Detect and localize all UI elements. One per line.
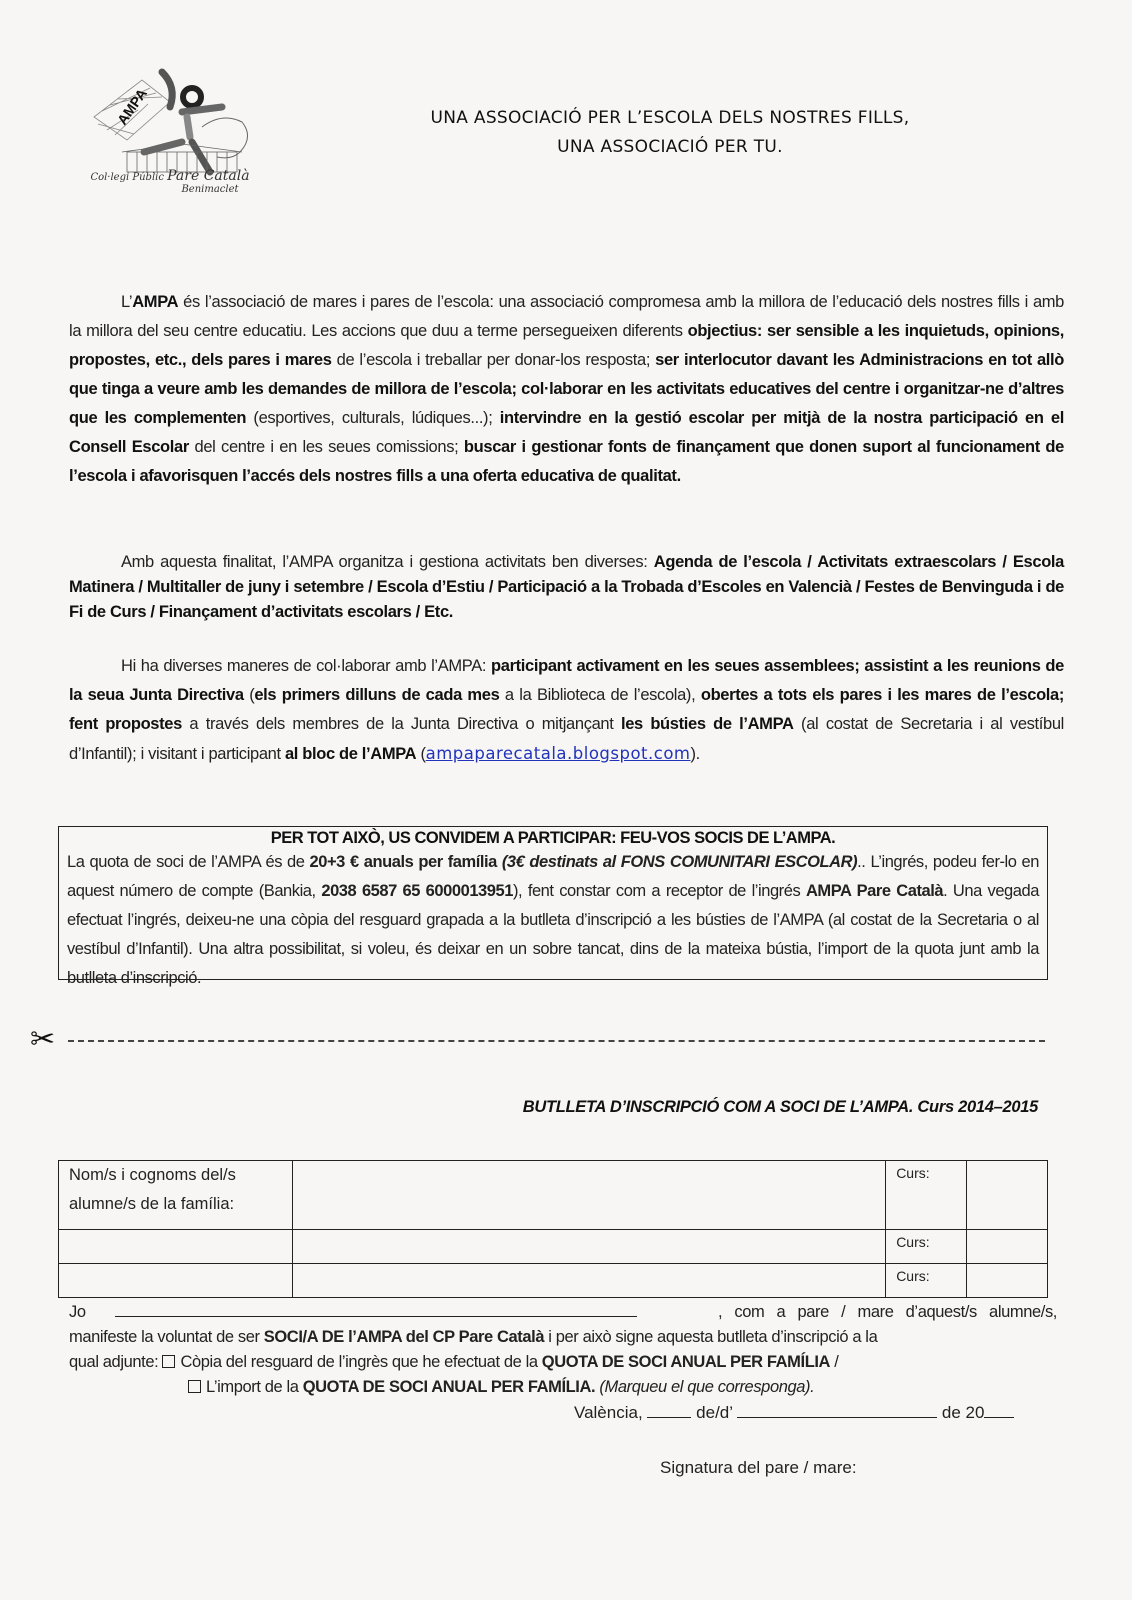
curs-field[interactable] — [967, 1264, 1048, 1298]
declaration-bold: SOCI/A DE l’AMPA del CP Pare Català — [264, 1328, 544, 1346]
declaration-line-4: L’import de la QUOTA DE SOCI ANUAL PER F… — [69, 1375, 1057, 1400]
student-name-field[interactable] — [292, 1161, 886, 1230]
form-title: BUTLLETA D’INSCRIPCIÓ COM A SOCI DE L’AM… — [400, 1098, 1038, 1117]
logo-school-name: Pare Català — [167, 168, 249, 184]
membership-info-box: PER TOT AIXÒ, US CONVIDEM A PARTICIPAR: … — [58, 826, 1048, 980]
logo-caption: Col·legi Públic Pare Català Benimaclet — [90, 170, 250, 196]
option-note: (Marqueu el que corresponga). — [595, 1378, 814, 1396]
title-line-1: UNA ASSOCIACIÓ PER L’ESCOLA DELS NOSTRES… — [370, 104, 970, 133]
declaration-line-2: manifeste la voluntat de ser SOCI/A DE l… — [69, 1325, 1057, 1350]
page-title: UNA ASSOCIACIÓ PER L’ESCOLA DELS NOSTRES… — [370, 104, 970, 162]
box-text: ), fent constar com a receptor de l’ingr… — [513, 882, 806, 900]
student-name-field[interactable] — [292, 1230, 886, 1264]
fee-amount: 20+3 € anuals per família — [310, 853, 497, 871]
collaborate-text: ( — [416, 745, 425, 763]
box-text: La quota de soci de l’AMPA és de — [67, 853, 310, 871]
svg-text:AMPA: AMPA — [114, 86, 150, 128]
month-field[interactable] — [737, 1403, 937, 1418]
collaborate-bold: les bústies de l’AMPA — [621, 715, 794, 733]
collaborate-text: ( — [244, 686, 255, 704]
receipt-copy-checkbox[interactable] — [162, 1355, 175, 1368]
declaration-text: qual adjunte: — [69, 1353, 162, 1371]
table-row: Curs: — [59, 1230, 1048, 1264]
dashed-divider — [68, 1040, 1045, 1042]
name-label-cell: Nom/s i cognoms del/s alumne/s de la fam… — [59, 1161, 293, 1230]
bank-account-number: 2038 6587 65 6000013951 — [321, 882, 513, 900]
students-table: Nom/s i cognoms del/s alumne/s de la fam… — [58, 1160, 1048, 1298]
student-extra-field[interactable] — [59, 1230, 293, 1264]
option-text: L’import de la — [206, 1378, 303, 1396]
collaborate-text: ). — [691, 745, 700, 763]
option-text: / — [830, 1353, 838, 1371]
logo-district: Benimaclet — [181, 184, 238, 195]
city-label: València, — [574, 1403, 643, 1422]
collaborate-text: Hi ha diverses maneres de col·laborar am… — [121, 657, 491, 675]
option-bold: QUOTA DE SOCI ANUAL PER FAMÍLIA. — [303, 1378, 595, 1396]
membership-box-title: PER TOT AIXÒ, US CONVIDEM A PARTICIPAR: … — [59, 829, 1047, 848]
intro-text: del centre i en les seues comissions; — [189, 438, 464, 456]
scissors-icon: ✂ — [30, 1020, 55, 1060]
curs-label: Curs: — [886, 1161, 967, 1230]
collaborate-text: a través dels membres de la Junta Direct… — [182, 715, 621, 733]
student-extra-field[interactable] — [59, 1264, 293, 1298]
declaration-text: , com a pare / mare d’aquest/s alumne/s, — [718, 1300, 1057, 1325]
collaborate-bold: al bloc de l’AMPA — [285, 745, 416, 763]
signature-label: Signatura del pare / mare: — [660, 1458, 857, 1478]
collaborate-paragraph: Hi ha diverses maneres de col·laborar am… — [69, 652, 1064, 769]
activities-text: Amb aquesta finalitat, l’AMPA organitza … — [121, 553, 654, 571]
curs-label: Curs: — [886, 1230, 967, 1264]
option-bold: QUOTA DE SOCI ANUAL PER FAMÍLIA — [542, 1353, 830, 1371]
collaborate-text: a la Biblioteca de l’escola), — [499, 686, 700, 704]
declaration-text: manifeste la voluntat de ser — [69, 1328, 264, 1346]
date-line: València, de/d’ de 20 — [574, 1403, 1014, 1423]
jo-label: Jo — [69, 1303, 86, 1321]
curs-label: Curs: — [886, 1264, 967, 1298]
declaration-text: i per això signe aquesta butlleta d’insc… — [544, 1328, 877, 1346]
logo-illustration-icon: AMPA — [82, 62, 252, 177]
cash-amount-checkbox[interactable] — [188, 1380, 201, 1393]
intro-bold: AMPA — [132, 293, 178, 311]
declaration-line-1: Jo , com a pare / mare d’aquest/s alumne… — [69, 1300, 1057, 1325]
fee-note: (3€ destinats al FONS COMUNITARI ESCOLAR… — [497, 853, 857, 871]
table-row: Nom/s i cognoms del/s alumne/s de la fam… — [59, 1161, 1048, 1230]
table-row: Curs: — [59, 1264, 1048, 1298]
option-text: Còpia del resguard de l’ingrès que he ef… — [180, 1353, 541, 1371]
declaration: Jo , com a pare / mare d’aquest/s alumne… — [69, 1300, 1057, 1400]
membership-box-text: La quota de soci de l’AMPA és de 20+3 € … — [67, 848, 1039, 993]
date-separator: de/d’ — [696, 1403, 732, 1422]
intro-paragraph: L’AMPA és l’associació de mares i pares … — [69, 288, 1064, 491]
year-prefix: de 20 — [942, 1403, 985, 1422]
day-field[interactable] — [647, 1403, 691, 1418]
year-field[interactable] — [984, 1403, 1014, 1418]
receiver-name: AMPA Pare Català — [806, 882, 943, 900]
collaborate-bold: els primers dilluns de cada mes — [254, 686, 499, 704]
curs-field[interactable] — [967, 1230, 1048, 1264]
intro-text: L’ — [121, 293, 132, 311]
blog-link[interactable]: ampaparecatala.blogspot.com — [426, 744, 691, 763]
cut-line: ✂ — [30, 1020, 1045, 1060]
logo-school-type: Col·legi Públic — [90, 172, 164, 183]
intro-text: de l’escola i treballar per donar-los re… — [332, 351, 656, 369]
intro-text: (esportives, culturals, lúdiques...); — [246, 409, 500, 427]
activities-paragraph: Amb aquesta finalitat, l’AMPA organitza … — [69, 550, 1064, 625]
curs-field[interactable] — [967, 1161, 1048, 1230]
title-line-2: UNA ASSOCIACIÓ PER TU. — [370, 133, 970, 162]
parent-name-field[interactable] — [115, 1302, 637, 1317]
declaration-line-3: qual adjunte: Còpia del resguard de l’in… — [69, 1350, 1057, 1375]
student-name-field[interactable] — [292, 1264, 886, 1298]
